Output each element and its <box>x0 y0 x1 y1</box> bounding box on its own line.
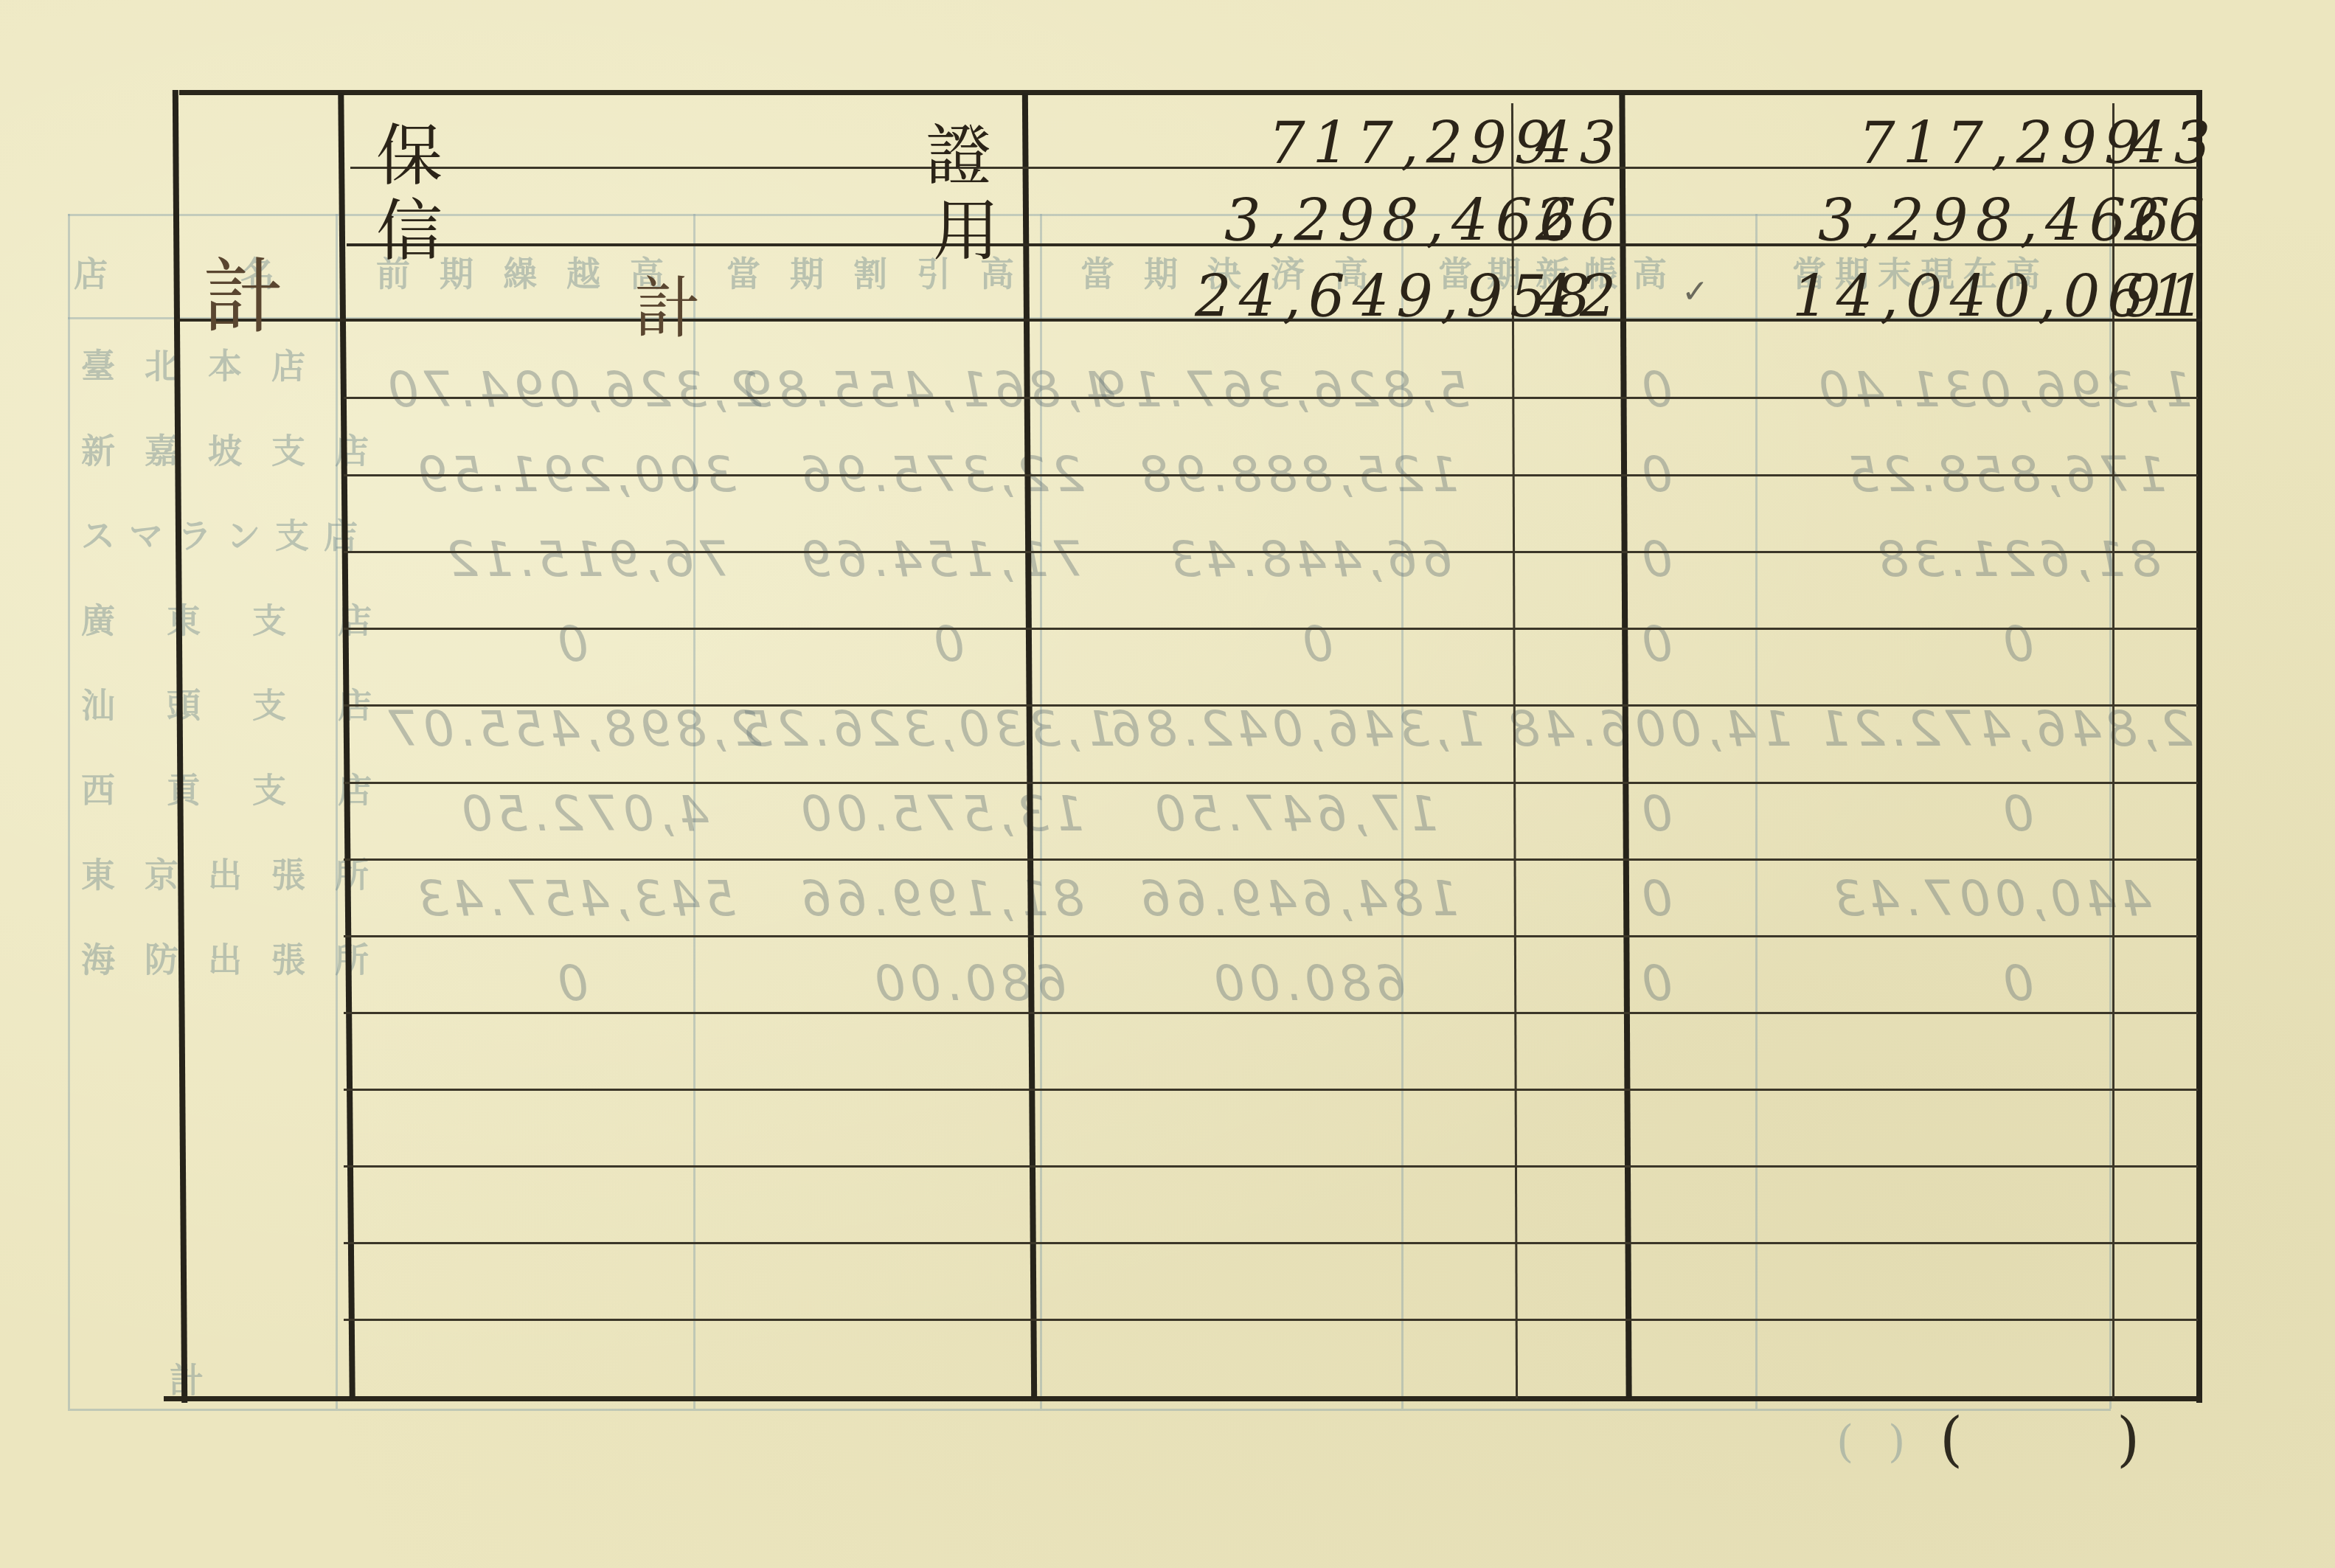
balance-value: 717,299 <box>1859 111 2148 177</box>
frame-bottom-line <box>164 1396 2201 1401</box>
bleed-value: 2,326,094.70 <box>384 361 762 418</box>
paren-close: ) <box>2117 1405 2140 1474</box>
total-label-left: 計 <box>203 232 284 349</box>
bleed-value: 0 <box>1637 361 1673 418</box>
row-label-end: 用 <box>933 177 999 273</box>
row-line <box>344 858 2198 861</box>
row-line <box>344 704 2198 707</box>
row-line <box>344 397 2198 399</box>
bleed-value: 1,346,042.86 <box>1106 701 1485 757</box>
bleed-grid-line <box>68 214 2111 216</box>
bleed-value: 5,826,367.19 <box>1092 361 1470 418</box>
bleed-branch: 新嘉坡支店 <box>81 424 398 473</box>
bleed-value: 0 <box>1637 531 1673 588</box>
bleed-branch: スマラン支店 <box>81 509 372 558</box>
bleed-value: 1,330,326.25 <box>738 701 1116 757</box>
amount-value: 3,298,466 <box>1224 188 1583 254</box>
bleed-value: 0 <box>1637 870 1673 927</box>
frame-top-line <box>179 90 2202 95</box>
faint-paren-open: ( <box>1836 1416 1853 1468</box>
balance-value: 3,298,466 <box>1818 188 2177 254</box>
amount-cents: 42 <box>1536 264 1623 330</box>
row-line <box>344 474 2198 476</box>
row-line <box>344 1319 2198 1321</box>
bleed-branch: 汕頭支店 <box>81 679 423 727</box>
bleed-value: 680.00 <box>1210 955 1406 1012</box>
bleed-value: 2,846,472.21 <box>1814 701 2193 757</box>
bleed-value: 17,647.50 <box>1151 785 1438 842</box>
row-label-start: 信 <box>376 177 443 273</box>
faint-paren-close: ) <box>1888 1416 1905 1468</box>
bleed-value: 0 <box>1637 955 1673 1012</box>
bleed-value: 680.00 <box>870 955 1067 1012</box>
bleed-value: 81,621.38 <box>1873 531 2161 588</box>
bleed-branch: 西貢支店 <box>81 763 423 812</box>
row-line <box>344 551 2198 553</box>
bleed-branch: 廣東支店 <box>81 594 423 642</box>
row-line <box>344 1242 2198 1244</box>
bleed-value: 71,154.69 <box>797 531 1084 588</box>
bleed-value: 440,007.43 <box>1829 870 2152 927</box>
bleed-value: 0 <box>1999 785 2034 842</box>
bleed-value: 0 <box>1637 785 1673 842</box>
row-label-end: 計 <box>634 254 701 350</box>
row-line <box>344 1089 2198 1091</box>
bleed-grid-line <box>68 1409 2111 1411</box>
bleed-value: 0 <box>1999 616 2034 673</box>
bleed-value: 4,861,455.89 <box>738 361 1116 418</box>
bleed-value: 0 <box>1999 955 2034 1012</box>
row-line <box>344 782 2198 784</box>
bleed-value: 0 <box>1298 616 1333 673</box>
balance-cents: 43 <box>2130 111 2218 177</box>
bleed-value: 184,649.66 <box>1136 870 1459 927</box>
bleed-value: 543,457.43 <box>413 870 736 927</box>
balance-cents: 91 <box>2124 264 2212 330</box>
bleed-value: 13,575.00 <box>797 785 1084 842</box>
bleed-grid-line <box>68 214 70 1409</box>
bleed-value: 0 <box>1637 616 1673 673</box>
row-line <box>344 1165 2198 1168</box>
amount-value: 717,299 <box>1269 111 1558 177</box>
bleed-value: 0 <box>553 616 589 673</box>
row-line <box>344 935 2198 937</box>
bleed-value: 14,006.48 <box>1505 701 1792 757</box>
bleed-value: 76,915.12 <box>443 531 730 588</box>
bleed-total-label: 計 <box>170 1353 233 1402</box>
row-line <box>344 1012 2198 1014</box>
bleed-value: 4,072.50 <box>457 785 709 842</box>
row-line <box>344 628 2198 630</box>
bleed-value: 0 <box>553 955 589 1012</box>
bleed-value: 1,396,031.40 <box>1814 361 2193 418</box>
amount-cents: 26 <box>1536 188 1623 254</box>
bleed-value: 81,199.66 <box>797 870 1084 927</box>
bleed-value: 2,898,455.07 <box>384 701 762 757</box>
paren-open: ( <box>1940 1405 1963 1474</box>
bleed-value: 0 <box>929 616 965 673</box>
bleed-grid-line <box>1755 214 1758 1409</box>
check-mark-icon: ✓ <box>1682 273 1709 311</box>
bleed-value: 66,448.43 <box>1165 531 1453 588</box>
balance-cents: 26 <box>2124 188 2212 254</box>
amount-cents: 43 <box>1536 111 1623 177</box>
